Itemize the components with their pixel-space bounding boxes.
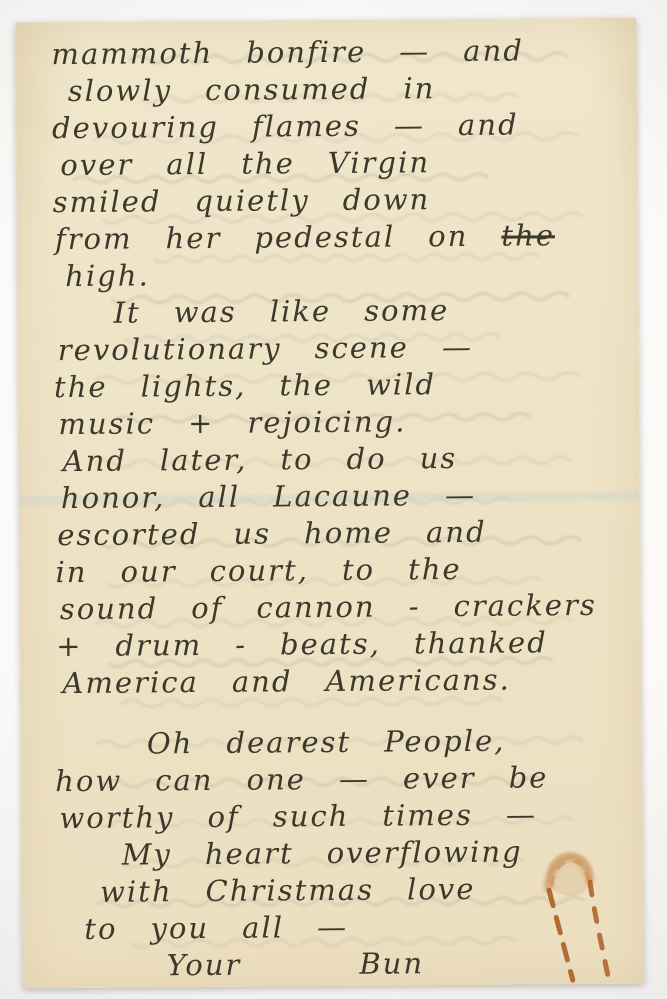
handwritten-text: mammoth bonfire — and: [51, 33, 524, 71]
handwritten-text: revolutionary scene —: [58, 330, 473, 367]
letter-line: smiled quietly down: [50, 180, 631, 222]
handwritten-text: in our court, to the: [55, 552, 461, 589]
handwritten-text: worthy of such times —: [59, 797, 537, 835]
letter-line: And later, to do us: [53, 439, 634, 481]
letter-line: from her pedestal on the: [51, 217, 632, 259]
letter-line: honor, all Lacaune —: [53, 476, 634, 518]
handwritten-text: And later, to do us: [63, 441, 458, 478]
letter-line: devouring flames — and: [50, 106, 631, 148]
handwritten-text: devouring flames — and: [52, 108, 519, 146]
letter-line: escorted us home and: [53, 513, 634, 555]
rust-stain: [522, 830, 644, 985]
handwritten-text: escorted us home and: [57, 515, 487, 552]
handwritten-text: + drum - beats, thanked: [56, 625, 548, 663]
handwritten-text: Oh dearest People,: [147, 724, 506, 761]
letter-line: revolutionary scene —: [52, 328, 633, 370]
letter-line: the lights, the wild: [52, 365, 633, 407]
letter-line: in our court, to the: [53, 550, 634, 592]
letter-line: over all the Virgin: [50, 143, 631, 185]
handwritten-text: over all the Virgin: [60, 145, 430, 182]
letter-line: mammoth bonfire — and: [49, 32, 630, 74]
handwritten-text: from her pedestal on: [55, 219, 502, 257]
letter-line: high.: [51, 254, 632, 296]
handwritten-text: sound of cannon - crackers: [60, 588, 597, 626]
letter-line: slowly consumed in: [50, 69, 631, 111]
handwritten-text: It was like some: [113, 293, 449, 330]
letter-line: how can one — ever be: [55, 759, 636, 801]
letter-line: Oh dearest People,: [55, 722, 636, 764]
handwritten-text: slowly consumed in: [68, 71, 436, 108]
handwritten-text: the lights, the wild: [54, 367, 436, 404]
handwritten-text: America and Americans.: [62, 663, 511, 701]
struck-word: the: [501, 218, 555, 252]
handwritten-text: to you all —: [84, 910, 348, 946]
handwritten-text: smiled quietly down: [52, 182, 430, 219]
handwritten-text: high.: [65, 258, 150, 293]
letter-line: + drum - beats, thanked: [54, 624, 635, 666]
letter-line: It was like some: [51, 291, 632, 333]
handwritten-text: music + rejoicing.: [58, 404, 406, 441]
signature-name: Bun: [359, 946, 424, 981]
letter-line: America and Americans.: [54, 661, 635, 703]
letter-line: sound of cannon - crackers: [54, 587, 635, 629]
handwritten-text: Your: [166, 948, 241, 983]
letter-paper: mammoth bonfire — andslowly consumed ind…: [15, 18, 644, 989]
letter-line: music + rejoicing.: [52, 402, 633, 444]
handwritten-text: My heart overflowing: [122, 834, 523, 871]
handwritten-text: how can one — ever be: [55, 760, 549, 798]
handwritten-text: with Christmas love: [100, 872, 476, 909]
handwritten-text: honor, all Lacaune —: [61, 478, 476, 515]
